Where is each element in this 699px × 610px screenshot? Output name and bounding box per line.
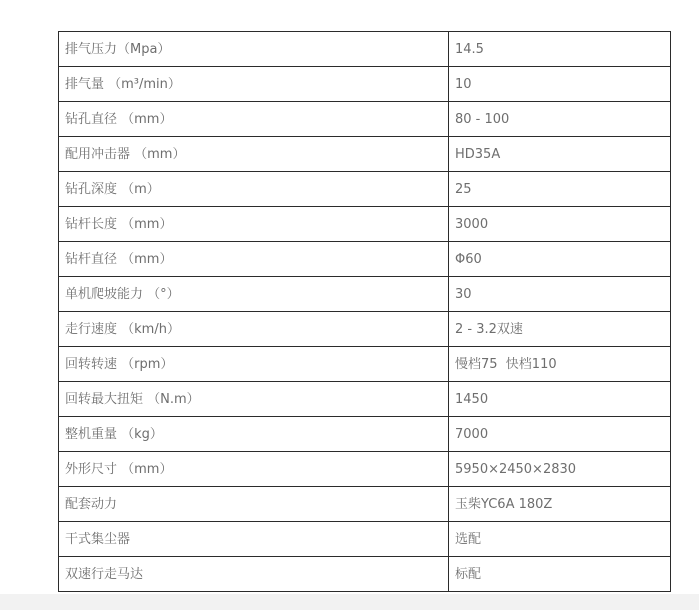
spec-value: Φ60: [449, 242, 671, 277]
table-row: 双速行走马达 标配: [59, 557, 671, 592]
spec-value: 7000: [449, 417, 671, 452]
spec-label: 走行速度 （km/h）: [59, 312, 449, 347]
spec-value: 30: [449, 277, 671, 312]
spec-value: 80 - 100: [449, 102, 671, 137]
spec-label: 干式集尘器: [59, 522, 449, 557]
spec-value: 玉柴YC6A 180Z: [449, 487, 671, 522]
spec-label: 回转转速 （rpm）: [59, 347, 449, 382]
spec-value: 1450: [449, 382, 671, 417]
spec-label: 钻杆长度 （mm）: [59, 207, 449, 242]
spec-label: 单机爬坡能力 （°）: [59, 277, 449, 312]
spec-value: 慢档75 快档110: [449, 347, 671, 382]
table-row: 回转最大扭矩 （N.m） 1450: [59, 382, 671, 417]
table-row: 钻孔深度 （m） 25: [59, 172, 671, 207]
spec-label: 双速行走马达: [59, 557, 449, 592]
spec-value: 2 - 3.2双速: [449, 312, 671, 347]
table-row: 排气量 （m³/min） 10: [59, 67, 671, 102]
spec-label: 排气压力（Mpa）: [59, 32, 449, 67]
spec-label: 钻杆直径 （mm）: [59, 242, 449, 277]
spec-label: 钻孔直径 （mm）: [59, 102, 449, 137]
spec-value: 5950×2450×2830: [449, 452, 671, 487]
spec-label: 整机重量 （kg）: [59, 417, 449, 452]
table-row: 外形尺寸 （mm） 5950×2450×2830: [59, 452, 671, 487]
spec-label: 外形尺寸 （mm）: [59, 452, 449, 487]
spec-label: 钻孔深度 （m）: [59, 172, 449, 207]
table-row: 排气压力（Mpa） 14.5: [59, 32, 671, 67]
spec-value: 选配: [449, 522, 671, 557]
table-row: 回转转速 （rpm） 慢档75 快档110: [59, 347, 671, 382]
spec-value: 3000: [449, 207, 671, 242]
table-row: 配套动力 玉柴YC6A 180Z: [59, 487, 671, 522]
spec-label: 配套动力: [59, 487, 449, 522]
spec-value: 14.5: [449, 32, 671, 67]
table-row: 钻杆直径 （mm） Φ60: [59, 242, 671, 277]
spec-label: 配用冲击器 （mm）: [59, 137, 449, 172]
table-row: 钻孔直径 （mm） 80 - 100: [59, 102, 671, 137]
page-footer-strip: [0, 594, 699, 610]
table-row: 钻杆长度 （mm） 3000: [59, 207, 671, 242]
spec-value: 25: [449, 172, 671, 207]
spec-value: HD35A: [449, 137, 671, 172]
spec-value: 10: [449, 67, 671, 102]
table-row: 单机爬坡能力 （°） 30: [59, 277, 671, 312]
table-row: 走行速度 （km/h） 2 - 3.2双速: [59, 312, 671, 347]
spec-value: 标配: [449, 557, 671, 592]
table-row: 干式集尘器 选配: [59, 522, 671, 557]
spec-label: 回转最大扭矩 （N.m）: [59, 382, 449, 417]
spec-table: 排气压力（Mpa） 14.5 排气量 （m³/min） 10 钻孔直径 （mm）…: [58, 31, 671, 592]
spec-label: 排气量 （m³/min）: [59, 67, 449, 102]
table-row: 配用冲击器 （mm） HD35A: [59, 137, 671, 172]
table-row: 整机重量 （kg） 7000: [59, 417, 671, 452]
